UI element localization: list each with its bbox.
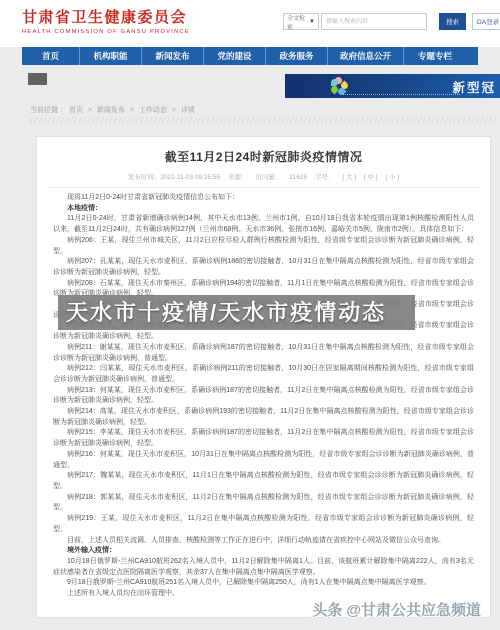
publish-time: 发布时间：2021-11-03 09:25:55 <box>128 174 220 181</box>
chevron-down-icon: ▼ <box>309 19 315 25</box>
case-paragraph: 病例206：王某，现住兰州市城关区，11月2日应检尽检人群例行核酸检测为阳性，经… <box>53 236 474 257</box>
search-scope-label: 全文检索 <box>287 13 309 31</box>
breadcrumb-separator: > <box>130 107 134 114</box>
banner-title: 新型冠 <box>452 78 496 96</box>
breadcrumb-item-work-updates[interactable]: 工作动态 <box>139 107 167 114</box>
view-count: 21625 <box>289 174 307 181</box>
case-paragraph: 病例215：李某某，现住天水市麦积区，系确诊病例187的密切接触者，11月2日在… <box>53 428 474 449</box>
breadcrumb-separator: > <box>88 107 92 114</box>
nav-item-news[interactable]: 新闻发布 <box>142 47 204 65</box>
site-logo-subtitle: HEALTH COMMISSION OF GANSU PROVINCE <box>22 29 190 35</box>
search-scope-select[interactable]: 全文检索 ▼ <box>283 13 319 30</box>
meta-divider <box>47 187 480 188</box>
search-button[interactable]: 搜索 <box>439 13 466 30</box>
font-size-large-button[interactable]: [ 大 ] <box>342 174 356 181</box>
article-card: 截至11月2日24时新冠肺炎疫情情况 发布时间：2021-11-03 09:25… <box>36 136 491 618</box>
watermark-account: @甘肃公共应急频道 <box>346 602 481 619</box>
nav-item-info-disclosure[interactable]: 政府信息公开 <box>328 47 404 65</box>
case-paragraph: 病例213：何某某，现住天水市麦积区，系确诊病例187的密切接触者，11月2日在… <box>53 386 474 407</box>
article-paragraph: 10月18日俄罗斯-兰州CA910航班262名入境人员中，11月2日解除集中隔离… <box>53 557 474 578</box>
section-heading-imported: 境外输入疫情： <box>53 546 474 557</box>
article-paragraph: 现将11月2日0-24时甘肃省新冠肺炎疫情信息公布如下： <box>53 193 474 204</box>
breadcrumb-item-detail: 详情 <box>181 107 195 114</box>
covid-topic-banner[interactable]: 新型冠 <box>285 74 500 98</box>
case-paragraph: 病例216：何某某，现住天水市麦积区，10月31日在集中隔离点核酸检测为阳性，经… <box>53 450 474 471</box>
breadcrumb-label: 当前位置 ： <box>30 107 67 114</box>
site-logo: 甘肃省卫生健康委员会 HEALTH COMMISSION OF GANSU PR… <box>22 9 190 35</box>
nav-item-services[interactable]: 政务服务 <box>266 47 328 65</box>
fontsize-label: 字号： <box>315 174 335 181</box>
breadcrumb: 当前位置 ： 首页 > 新闻发布 > 工作动态 > 详情 <box>30 105 195 115</box>
case-paragraph: 病例212：闫某某，现住天水市麦积区，系确诊病例211的密切接触者，10月30日… <box>53 364 474 385</box>
source-label: 来源： <box>228 174 248 181</box>
search-input[interactable] <box>321 13 427 30</box>
toutiao-logo: 头条 <box>312 602 342 619</box>
article-title: 截至11月2日24时新冠肺炎疫情情况 <box>37 148 490 165</box>
case-paragraph: 病例218：郭某某，现住天水市麦积区，11月2日在集中隔离点核酸检测为阳性，经省… <box>53 493 474 514</box>
case-paragraph: 病例211：谢某某，现住天水市麦积区，系确诊病例187的密切接触者，10月31日… <box>53 343 474 364</box>
nav-item-party-building[interactable]: 党的建设 <box>204 47 266 65</box>
case-paragraph: 病例219：王某，现住天水市麦积区，11月2日在集中隔离点核酸检测为阳性，经省市… <box>53 514 474 535</box>
breadcrumb-item-home[interactable]: 首页 <box>69 107 83 114</box>
article-paragraph: 11月2日0-24时，甘肃省新增确诊病例14例，其中天水市13例、兰州市1例。自… <box>53 214 474 235</box>
section-heading-local: 本地疫情： <box>53 204 474 215</box>
nav-item-home[interactable]: 首页 <box>22 47 80 65</box>
main-nav: 首页 机构职能 新闻发布 党的建设 政务服务 政府信息公开 专题专栏 <box>22 47 478 65</box>
divider-hatch <box>28 117 497 124</box>
pinwheel-icon <box>330 77 348 95</box>
nav-item-functions[interactable]: 机构职能 <box>80 47 142 65</box>
article-paragraph: 目前，上述人员相关流调、人员排查、核酸检测等工作正在进行中，详细行动轨迹请在省疾… <box>53 536 474 547</box>
breadcrumb-item-news[interactable]: 新闻发布 <box>97 107 125 114</box>
breadcrumb-separator: > <box>172 107 176 114</box>
views-label: 访问量： <box>255 174 281 181</box>
article-body: 现将11月2日0-24时甘肃省新冠肺炎疫情信息公布如下： 本地疫情： 11月2日… <box>53 193 474 600</box>
overlay-caption: 天水市十疫情/天水市疫情动态 <box>58 295 415 330</box>
floating-tag <box>28 73 47 85</box>
case-paragraph: 病例207：孔某某，现住天水市麦积区，系确诊病例186的密切接触者，10月31日… <box>53 257 474 278</box>
nav-item-special-topics[interactable]: 专题专栏 <box>404 47 466 65</box>
font-size-small-button[interactable]: [ 小 ] <box>385 174 399 181</box>
article-meta: 发布时间：2021-11-03 09:25:55 来源： 访问量： 21625 … <box>37 172 490 181</box>
font-size-medium-button[interactable]: [ 中 ] <box>364 174 378 181</box>
article-paragraph: 9月18日俄罗斯-兰州CA910航班251名入境人员中，已解除集中隔离250人，… <box>53 578 474 589</box>
oa-login-button[interactable]: OA登录 <box>472 13 500 30</box>
page: 甘肃省卫生健康委员会 HEALTH COMMISSION OF GANSU PR… <box>0 0 500 630</box>
case-paragraph: 病例214：高某，现住天水市麦积区，系确诊病例193的密切接触者，11月2日在集… <box>53 407 474 428</box>
site-logo-title: 甘肃省卫生健康委员会 <box>22 9 190 26</box>
search-bar: 全文检索 ▼ 搜索 OA登录 <box>283 13 500 30</box>
watermark: 头条@甘肃公共应急频道 <box>312 599 481 620</box>
site-header: 甘肃省卫生健康委员会 HEALTH COMMISSION OF GANSU PR… <box>0 0 500 47</box>
case-paragraph: 病例217：魏某某，现住天水市麦积区，11月1日在集中隔离点核酸检测为阳性，经省… <box>53 471 474 492</box>
